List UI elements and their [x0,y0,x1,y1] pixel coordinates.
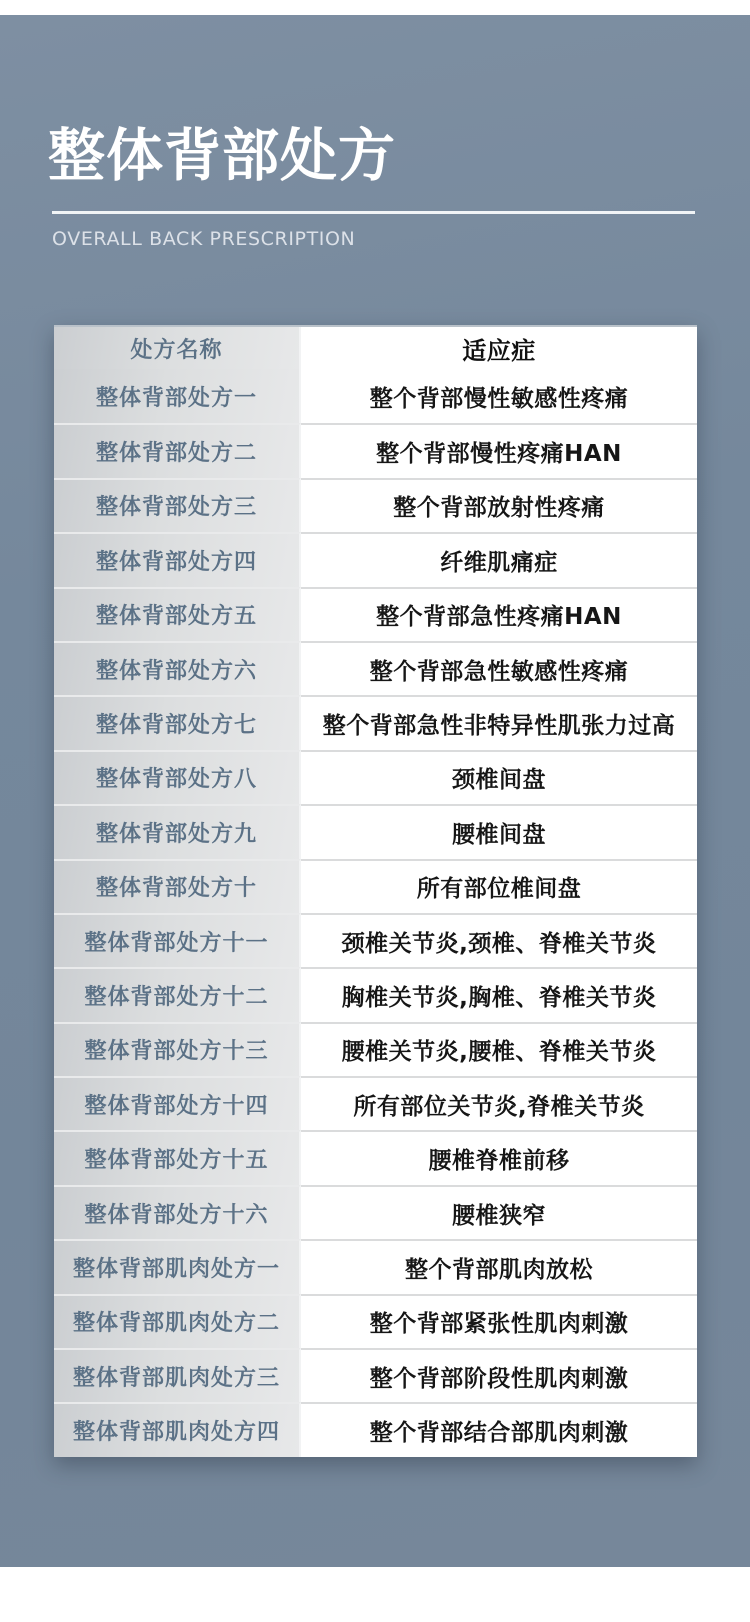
prescription-name-cell: 整体背部处方四 [54,532,301,586]
indication-cell: 整个背部急性非特异性肌张力过高 [301,695,697,749]
table-header-row: 处方名称 适应症 [54,327,697,369]
indication-cell: 整个背部放射性疼痛 [301,478,697,532]
table-row: 整体背部处方十一颈椎关节炎,颈椎、脊椎关节炎 [54,913,697,967]
column-header-indication: 适应症 [301,327,697,369]
table-row: 整体背部处方十五腰椎脊椎前移 [54,1130,697,1184]
top-white-strip [0,0,750,15]
prescription-name-cell: 整体背部处方十四 [54,1076,301,1130]
column-header-prescription-name: 处方名称 [54,327,301,369]
indication-cell: 颈椎间盘 [301,750,697,804]
indication-cell: 所有部位关节炎,脊椎关节炎 [301,1076,697,1130]
prescription-name-cell: 整体背部处方十一 [54,913,301,967]
prescription-name-cell: 整体背部处方三 [54,478,301,532]
indication-cell: 整个背部紧张性肌肉刺激 [301,1294,697,1348]
indication-cell: 整个背部急性疼痛HAN [301,587,697,641]
indication-cell: 颈椎关节炎,颈椎、脊椎关节炎 [301,913,697,967]
prescription-table: 处方名称 适应症 整体背部处方一整个背部慢性敏感性疼痛整体背部处方二整个背部慢性… [54,325,697,1457]
prescription-name-cell: 整体背部处方十六 [54,1185,301,1239]
indication-cell: 整个背部肌肉放松 [301,1239,697,1293]
prescription-name-cell: 整体背部肌肉处方二 [54,1294,301,1348]
indication-cell: 整个背部阶段性肌肉刺激 [301,1348,697,1402]
title-divider-line [52,211,695,214]
table-row: 整体背部处方五整个背部急性疼痛HAN [54,587,697,641]
table-row: 整体背部处方十六腰椎狭窄 [54,1185,697,1239]
table-row: 整体背部肌肉处方二整个背部紧张性肌肉刺激 [54,1294,697,1348]
indication-cell: 整个背部慢性敏感性疼痛 [301,369,697,423]
indication-cell: 所有部位椎间盘 [301,859,697,913]
prescription-name-cell: 整体背部处方十 [54,859,301,913]
table-row: 整体背部处方十四所有部位关节炎,脊椎关节炎 [54,1076,697,1130]
table-row: 整体背部处方二整个背部慢性疼痛HAN [54,423,697,477]
indication-cell: 腰椎脊椎前移 [301,1130,697,1184]
table-row: 整体背部肌肉处方三整个背部阶段性肌肉刺激 [54,1348,697,1402]
page-subtitle: OVERALL BACK PRESCRIPTION [52,228,355,250]
table-row: 整体背部处方一整个背部慢性敏感性疼痛 [54,369,697,423]
prescription-name-cell: 整体背部处方十五 [54,1130,301,1184]
indication-cell: 胸椎关节炎,胸椎、脊椎关节炎 [301,967,697,1021]
indication-cell: 纤维肌痛症 [301,532,697,586]
prescription-name-cell: 整体背部肌肉处方一 [54,1239,301,1293]
table-body: 整体背部处方一整个背部慢性敏感性疼痛整体背部处方二整个背部慢性疼痛HAN整体背部… [54,369,697,1457]
indication-cell: 腰椎关节炎,腰椎、脊椎关节炎 [301,1022,697,1076]
indication-cell: 整个背部结合部肌肉刺激 [301,1402,697,1456]
table-row: 整体背部处方六整个背部急性敏感性疼痛 [54,641,697,695]
table-row: 整体背部肌肉处方一整个背部肌肉放松 [54,1239,697,1293]
prescription-name-cell: 整体背部肌肉处方四 [54,1402,301,1456]
table-row: 整体背部处方四纤维肌痛症 [54,532,697,586]
prescription-name-cell: 整体背部肌肉处方三 [54,1348,301,1402]
page-title: 整体背部处方 [48,124,396,188]
table-row: 整体背部处方九腰椎间盘 [54,804,697,858]
indication-cell: 腰椎间盘 [301,804,697,858]
indication-cell: 整个背部急性敏感性疼痛 [301,641,697,695]
prescription-name-cell: 整体背部处方十二 [54,967,301,1021]
prescription-name-cell: 整体背部处方二 [54,423,301,477]
table-row: 整体背部处方十所有部位椎间盘 [54,859,697,913]
prescription-name-cell: 整体背部处方十三 [54,1022,301,1076]
prescription-name-cell: 整体背部处方五 [54,587,301,641]
table-row: 整体背部处方十二胸椎关节炎,胸椎、脊椎关节炎 [54,967,697,1021]
prescription-name-cell: 整体背部处方九 [54,804,301,858]
indication-cell: 整个背部慢性疼痛HAN [301,423,697,477]
prescription-name-cell: 整体背部处方七 [54,695,301,749]
prescription-name-cell: 整体背部处方六 [54,641,301,695]
indication-cell: 腰椎狭窄 [301,1185,697,1239]
prescription-name-cell: 整体背部处方八 [54,750,301,804]
table-row: 整体背部肌肉处方四整个背部结合部肌肉刺激 [54,1402,697,1456]
table-row: 整体背部处方三整个背部放射性疼痛 [54,478,697,532]
table-row: 整体背部处方七整个背部急性非特异性肌张力过高 [54,695,697,749]
table-row: 整体背部处方十三腰椎关节炎,腰椎、脊椎关节炎 [54,1022,697,1076]
prescription-name-cell: 整体背部处方一 [54,369,301,423]
table-row: 整体背部处方八颈椎间盘 [54,750,697,804]
bottom-white-strip [0,1567,750,1622]
